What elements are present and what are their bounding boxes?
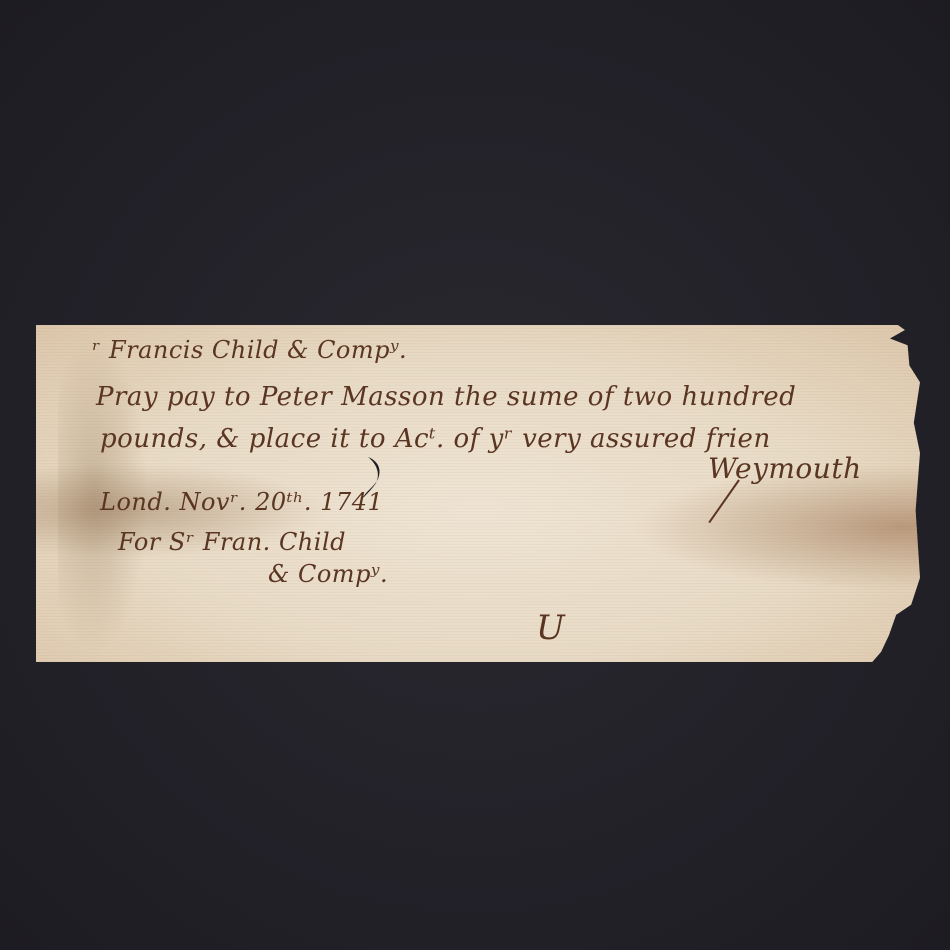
body-line-1: Pray pay to Peter Masson the sume of two… [96, 382, 796, 412]
date-line: Lond. Novʳ. 20ᵗʰ. 1741 [100, 488, 383, 516]
signature: Weymouth [708, 452, 862, 485]
endorsement-line-2: & Compʸ. [268, 560, 388, 588]
ledger-mark: U [536, 608, 565, 648]
body-line-2: pounds, & place it to Acᵗ. of yʳ very as… [100, 424, 771, 454]
endorsement-line-1: For Sʳ Fran. Child [118, 528, 346, 556]
addressee-line: ʳ Francis Child & Compʸ. [92, 336, 407, 364]
